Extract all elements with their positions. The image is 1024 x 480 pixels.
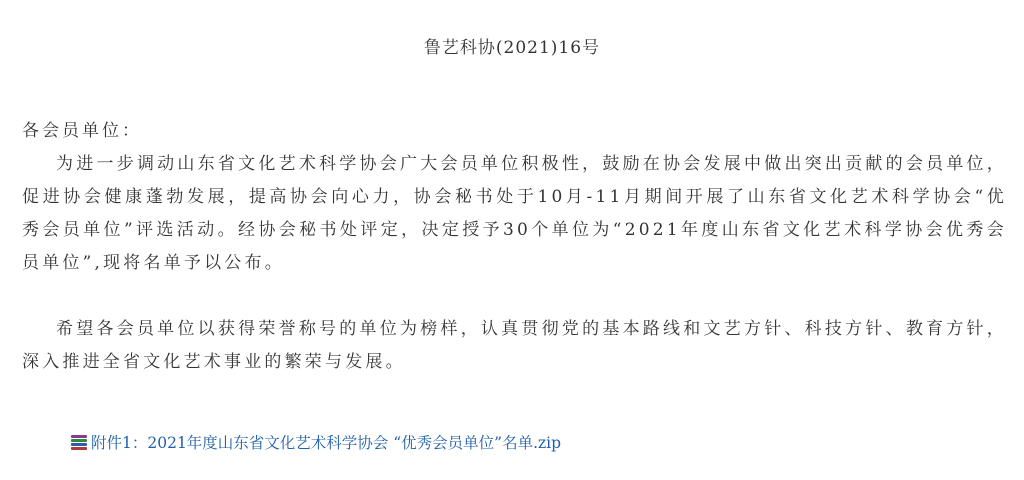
paragraph-encouragement: 希望各会员单位以获得荣誉称号的单位为榜样，认真贯彻党的基本路线和文艺方针、科技方… <box>22 313 1007 379</box>
attachment-download-link[interactable]: 附件1：2021年度山东省文化艺术科学协会 “优秀会员单位”名单.zip <box>91 431 561 453</box>
paragraph-announcement: 为进一步调动山东省文化艺术科学协会广大会员单位积极性，鼓励在协会发展中做出突出贡… <box>22 148 1007 280</box>
winrar-archive-icon <box>70 434 88 451</box>
salutation: 各会员单位： <box>22 116 142 141</box>
attachment-row[interactable]: 附件1：2021年度山东省文化艺术科学协会 “优秀会员单位”名单.zip <box>70 431 561 453</box>
document-number-title: 鲁艺科协(2021)16号 <box>0 33 1024 58</box>
